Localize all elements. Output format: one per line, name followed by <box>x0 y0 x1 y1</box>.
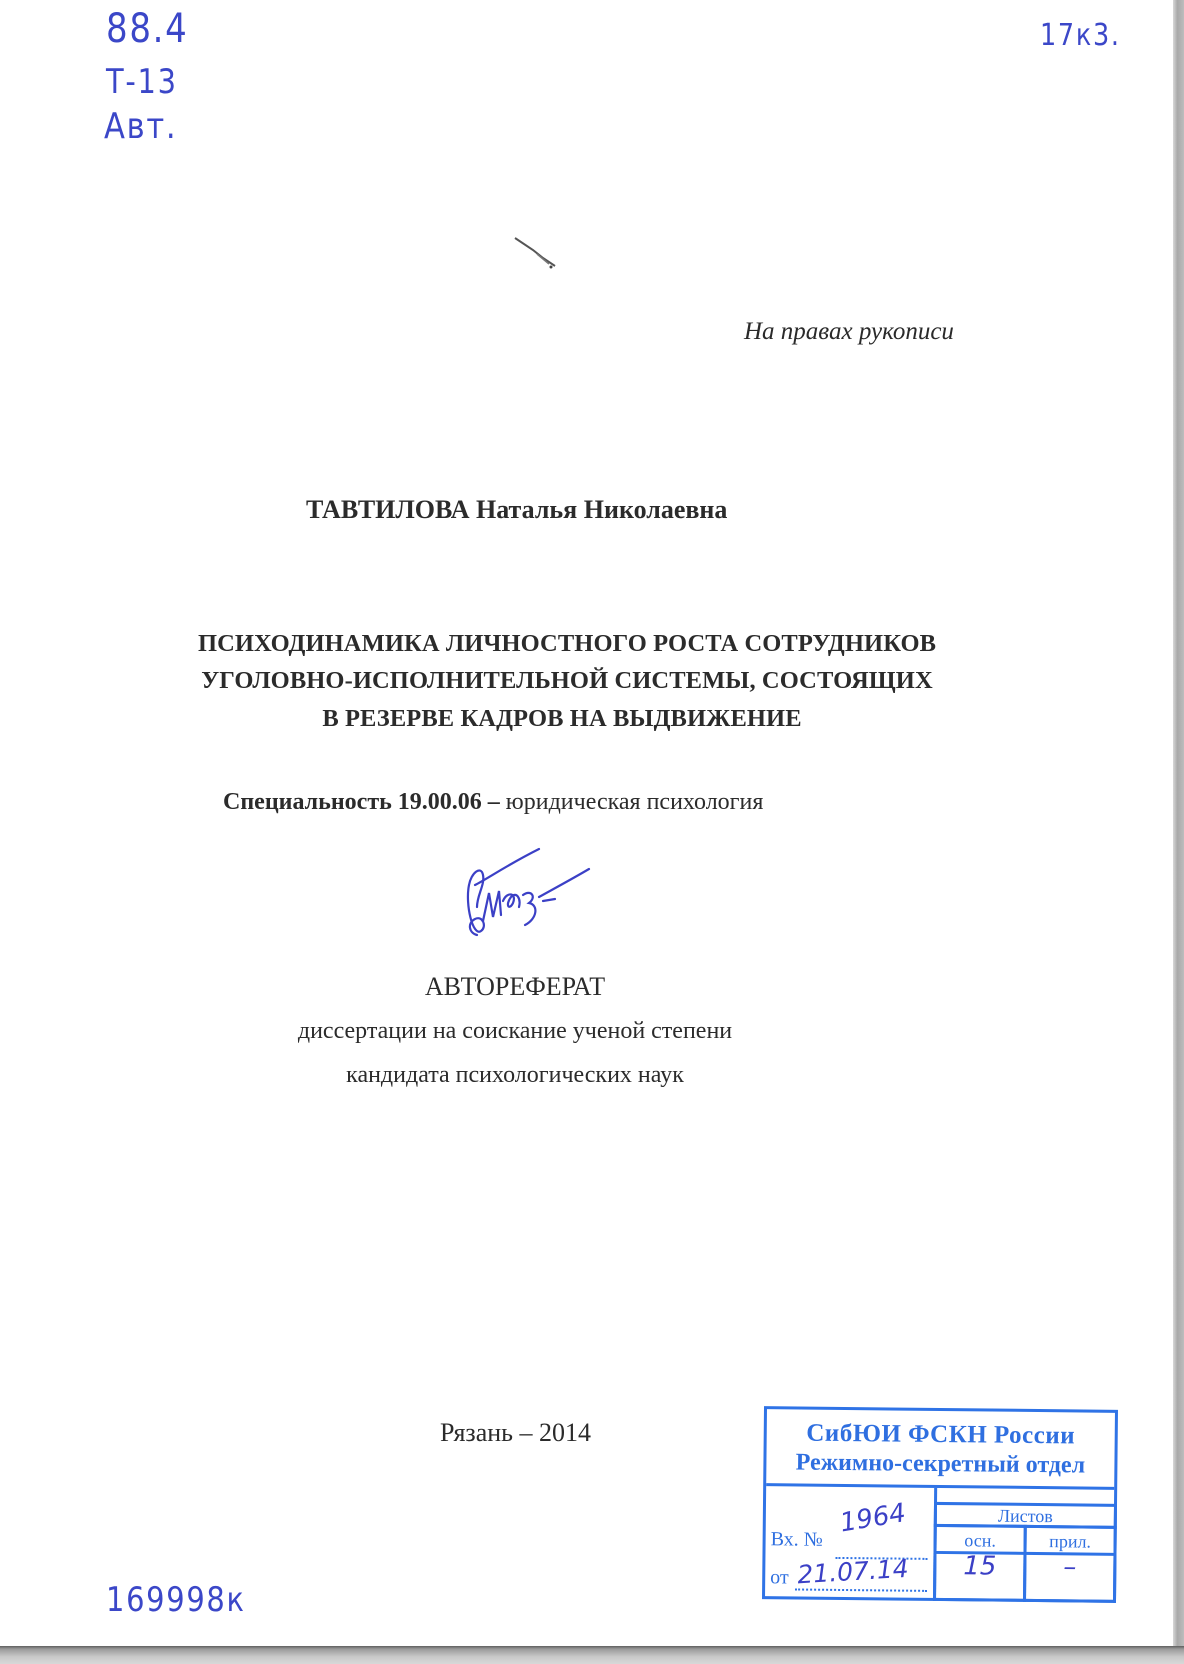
stamp-header: СибЮИ ФСКН России Режимно-секретный отде… <box>766 1409 1115 1490</box>
main-sheets-label: осн. <box>964 1530 996 1550</box>
title-line-2: УГОЛОВНО-ИСПОЛНИТЕЛЬНОЙ СИСТЕМЫ, СОСТОЯЩ… <box>0 667 1159 695</box>
stamp-registration-block: Вх. № 1964 от 21.07.14 <box>765 1486 937 1598</box>
incoming-number-label: Вх. № <box>771 1528 823 1552</box>
registry-stamp: СибЮИ ФСКН России Режимно-секретный отде… <box>762 1406 1118 1603</box>
page-edge-bottom <box>0 1646 1184 1664</box>
page-edge-right <box>1173 0 1184 1664</box>
date-value: 21.07.14 <box>797 1554 910 1590</box>
specialty-label: Специальность 19.00.06 <box>223 789 482 815</box>
city-year: Рязань – 2014 <box>440 1418 591 1448</box>
handwritten-classification-code: 88.4 <box>106 6 189 52</box>
title-line-3: В РЕЗЕРВЕ КАДРОВ НА ВЫДВИЖЕНИЕ <box>0 705 1154 733</box>
attach-sheets-value: – <box>1063 1552 1076 1582</box>
author-name: ТАВТИЛОВА Наталья Николаевна <box>306 495 727 525</box>
document-type-heading: АВТОРЕФЕРАТ <box>0 972 1107 1002</box>
degree-line-1: диссертации на соискание ученой степени <box>0 1018 1107 1045</box>
sheets-label: Листов <box>998 1506 1053 1527</box>
pencil-mark-icon <box>513 236 558 270</box>
degree-line-2: кандидата психологических наук <box>0 1062 1107 1089</box>
stamp-organization: СибЮИ ФСКН России <box>767 1419 1115 1451</box>
attach-sheets-value-cell: – <box>1023 1552 1117 1603</box>
handwritten-copies-note: 17к3. <box>1040 18 1121 53</box>
stamp-department: Режимно-секретный отдел <box>766 1449 1114 1480</box>
author-given-names: Наталья Николаевна <box>476 495 727 524</box>
specialty-name: юридическая психология <box>506 789 764 815</box>
author-signature-icon <box>447 845 592 940</box>
incoming-number-value: 1964 <box>838 1498 908 1538</box>
main-sheets-value-cell: 15 <box>933 1551 1027 1602</box>
date-label: от <box>770 1566 789 1589</box>
title-line-1: ПСИХОДИНАМИКА ЛИЧНОСТНОГО РОСТА СОТРУДНИ… <box>0 630 1159 658</box>
specialty-dash: – <box>482 789 506 815</box>
attach-sheets-label: прил. <box>1049 1531 1091 1551</box>
handwritten-doc-kind-mark: Авт. <box>104 106 177 147</box>
author-surname: ТАВТИЛОВА <box>306 495 469 524</box>
specialty: Специальность 19.00.06 – юридическая пси… <box>223 789 763 816</box>
rights-notice: На правах рукописи <box>744 318 954 346</box>
handwritten-author-mark: Т-13 <box>106 62 178 102</box>
handwritten-inventory-number: 169998к <box>106 1580 246 1620</box>
main-sheets-value: 15 <box>963 1551 996 1581</box>
date-underline <box>795 1588 927 1591</box>
